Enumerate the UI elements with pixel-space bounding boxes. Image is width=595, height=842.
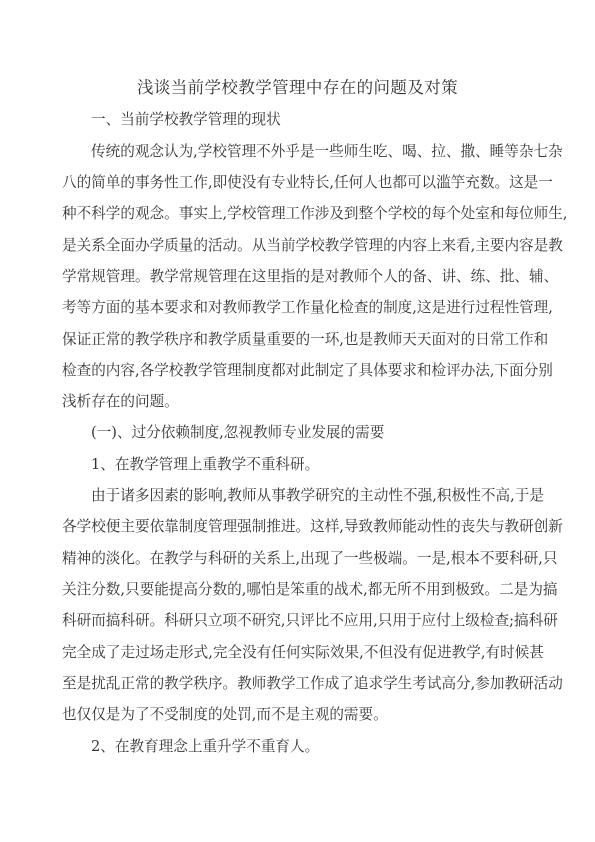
item-heading: 2、在教育理念上重升学不重育人。 [91, 737, 544, 757]
paragraph-line: 关注分数,只要能提高分数的,哪怕是笨重的战术,都无所不用到极致。二是为搞 [62, 580, 544, 600]
subsection-heading: (一)、过分依赖制度,忽视教师专业发展的需要 [91, 423, 544, 443]
paragraph-line: 传统的观念认为,学校管理不外乎是一些师生吃、喝、拉、撒、睡等杂七杂 [91, 142, 544, 162]
paragraph-line: 精神的淡化。在教学与科研的关系上,出现了一些极端。一是,根本不要科研,只 [62, 549, 544, 569]
item-heading: 1、在教学管理上重教学不重科研。 [91, 455, 544, 475]
paragraph-line: 也仅仅是为了不受制度的处罚,而不是主观的需要。 [62, 705, 544, 725]
document-page: 浅谈当前学校教学管理中存在的问题及对策 一、当前学校教学管理的现状 传统的观念认… [0, 0, 595, 842]
paragraph-line: 由于诸多因素的影响,教师从事教学研究的主动性不强,积极性不高,于是 [91, 486, 544, 506]
document-title: 浅谈当前学校教学管理中存在的问题及对策 [0, 77, 595, 99]
paragraph-line: 至是扰乱正常的教学秩序。教师教学工作成了追求学生考试高分,参加教研活动 [62, 674, 544, 694]
paragraph-line: 浅析存在的问题。 [62, 392, 544, 412]
paragraph-line: 保证正常的教学秩序和教学质量重要的一环,也是教师天天面对的日常工作和 [62, 330, 544, 350]
paragraph-line: 考等方面的基本要求和对教师教学工作量化检查的制度,这是进行过程性管理, [62, 298, 544, 318]
paragraph-line: 科研而搞科研。科研只立项不研究,只评比不应用,只用于应付上级检查;搞科研 [62, 611, 544, 631]
paragraph-line: 八的简单的事务性工作,即使没有专业特长,任何人也都可以滥竽充数。这是一 [62, 173, 544, 193]
paragraph-line: 检查的内容,各学校教学管理制度都对此制定了具体要求和检评办法,下面分别 [62, 361, 544, 381]
paragraph-line: 是关系全面办学质量的活动。从当前学校教学管理的内容上来看,主要内容是教 [62, 236, 544, 256]
section-heading: 一、当前学校教学管理的现状 [91, 110, 544, 130]
paragraph-line: 各学校便主要依靠制度管理强制推进。这样,导致教师能动性的丧失与教研创新 [62, 517, 544, 537]
paragraph-line: 学常规管理。教学常规管理在这里指的是对教师个人的备、讲、练、批、辅、 [62, 267, 544, 287]
paragraph-line: 完全成了走过场走形式,完全没有任何实际效果,不但没有促进教学,有时候甚 [62, 643, 544, 663]
paragraph-line: 种不科学的观念。事实上,学校管理工作涉及到整个学校的每个处室和每位师生, [62, 204, 544, 224]
